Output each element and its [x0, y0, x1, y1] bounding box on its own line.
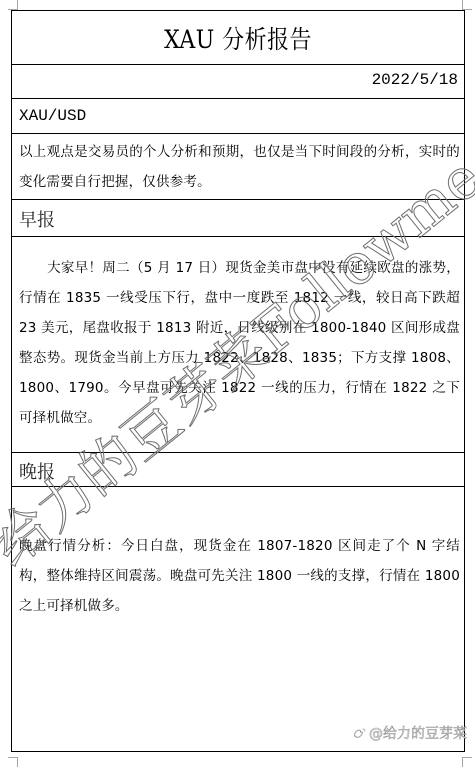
morning-heading-row: 早报 — [12, 200, 464, 237]
page-corner-mark-top-right — [462, 0, 472, 10]
evening-heading: 晚报 — [19, 458, 55, 484]
report-title: XAU 分析报告 — [164, 20, 312, 56]
morning-heading: 早报 — [19, 206, 55, 232]
morning-body-row: 大家早！周二（5 月 17 日）现货金美市盘中没有延续欧盘的涨势，行情在 183… — [12, 237, 464, 453]
signature-text: @给力的豆芽菜 — [369, 723, 467, 743]
page-corner-mark-top-left — [8, 0, 18, 10]
evening-heading-row: 晚报 — [12, 453, 464, 487]
page-corner-mark-bottom-left — [8, 757, 18, 767]
evening-body-row: 晚盘行情分析：今日白盘，现货金在 1807-1820 区间走了个 N 字结构，整… — [12, 487, 464, 751]
title-row: XAU 分析报告 — [12, 11, 464, 65]
report-date: 2022/5/18 — [372, 71, 458, 89]
disclaimer-row: 以上观点是交易员的个人分析和预期，也仅是当下时间段的分析，实时的变化需要自行把握… — [12, 134, 464, 200]
evening-body-text: 晚盘行情分析：今日白盘，现货金在 1807-1820 区间走了个 N 字结构，整… — [19, 531, 460, 621]
author-signature: @给力的豆芽菜 — [353, 723, 467, 743]
morning-body: 大家早！周二（5 月 17 日）现货金美市盘中没有延续欧盘的涨势，行情在 183… — [19, 253, 460, 433]
morning-body-text: 大家早！周二（5 月 17 日）现货金美市盘中没有延续欧盘的涨势，行情在 183… — [19, 260, 460, 426]
instrument-row: XAU/USD — [12, 99, 464, 134]
report-table: XAU 分析报告 2022/5/18 XAU/USD 以上观点是交易员的个人分析… — [11, 10, 465, 752]
disclaimer-text: 以上观点是交易员的个人分析和预期，也仅是当下时间段的分析，实时的变化需要自行把握… — [19, 137, 460, 197]
page-corner-mark-bottom-right — [462, 757, 472, 767]
instrument-label: XAU/USD — [19, 107, 86, 125]
date-row: 2022/5/18 — [12, 65, 464, 99]
weibo-logo-icon — [353, 727, 366, 740]
